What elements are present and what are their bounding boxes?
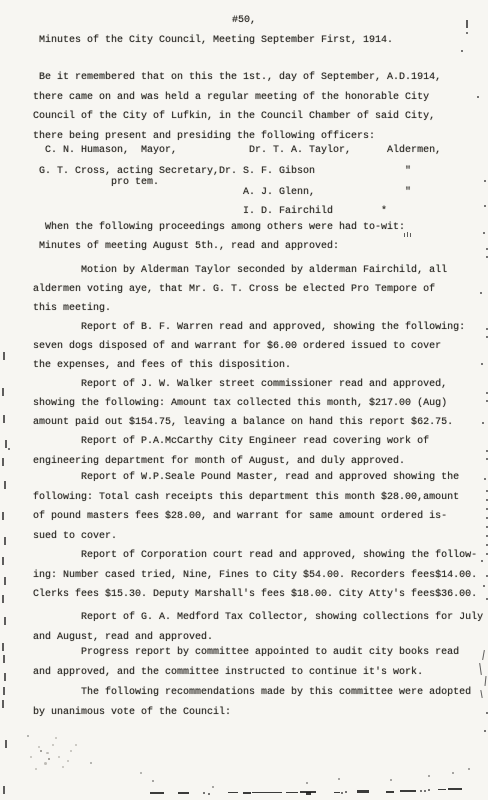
proceedings-intro-line: When the following proceedings among oth…: [33, 222, 405, 233]
page-number: #50,: [0, 15, 488, 26]
officer-line-secretary: G. T. Cross, acting Secretary,Dr. S. F. …: [33, 166, 411, 177]
officer-line-mayor: C. N. Humason, Mayor, Dr. T. A. Taylor, …: [33, 145, 441, 156]
officer-line-pro-tem: pro tem.: [33, 177, 159, 188]
minutes-august-line: Minutes of meeting August 5th., read and…: [33, 241, 339, 252]
officer-line-glenn: A. J. Glenn, ": [33, 187, 411, 198]
walker-report-paragraph: Report of J. W. Walker street commission…: [33, 375, 453, 432]
engineer-report-paragraph: Report of P.A.McCarthy City Engineer rea…: [33, 432, 429, 471]
audit-report-paragraph: Progress report by committee appointed t…: [33, 643, 459, 683]
recommendations-paragraph: The following recommendations made by th…: [33, 683, 471, 723]
motion-paragraph: Motion by Alderman Taylor seconded by al…: [33, 261, 447, 318]
warren-report-paragraph: Report of B. F. Warren read and approved…: [33, 318, 465, 375]
pound-report-paragraph: Report of W.P.Seale Pound Master, read a…: [33, 468, 459, 546]
preamble-paragraph: Be it remembered that on this the 1st., …: [33, 68, 441, 146]
scanned-document-page: #50, Minutes of the City Council, Meetin…: [0, 0, 488, 800]
document-title: Minutes of the City Council, Meeting Sep…: [33, 35, 393, 46]
tax-report-paragraph: Report of G. A. Medford Tax Collector, s…: [33, 608, 483, 648]
officer-line-fairchild: I. D. Fairchild *: [33, 206, 387, 217]
court-report-paragraph: Report of Corporation court read and app…: [33, 546, 477, 605]
